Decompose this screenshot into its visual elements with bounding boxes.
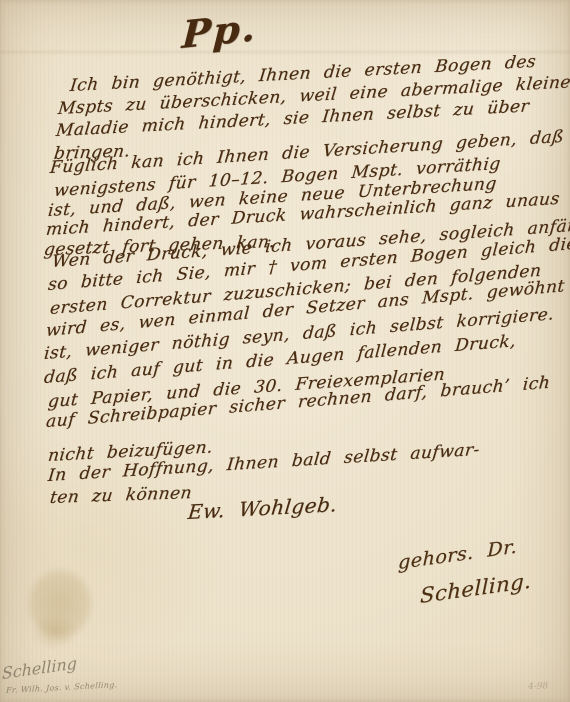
catalog-annotation-full: Fr. Wilh. Jos. v. Schelling. — [6, 680, 118, 695]
paper-stain-small — [22, 606, 88, 658]
paper-crease — [0, 51, 570, 53]
signature-line-name: Schelling. — [420, 569, 532, 608]
letter-heading: Pp. — [181, 4, 259, 57]
catalog-number: 4-98 — [528, 681, 549, 692]
signature-line-title: gehors. Dr. — [398, 536, 518, 574]
letter-line: ten zu können — [49, 483, 193, 508]
catalog-annotation-name: Schelling — [2, 653, 77, 683]
letter-page: Pp. Ich bin genöthigt, Ihnen die ersten … — [0, 0, 570, 702]
letter-valediction: Ew. Wohlgeb. — [187, 492, 339, 524]
